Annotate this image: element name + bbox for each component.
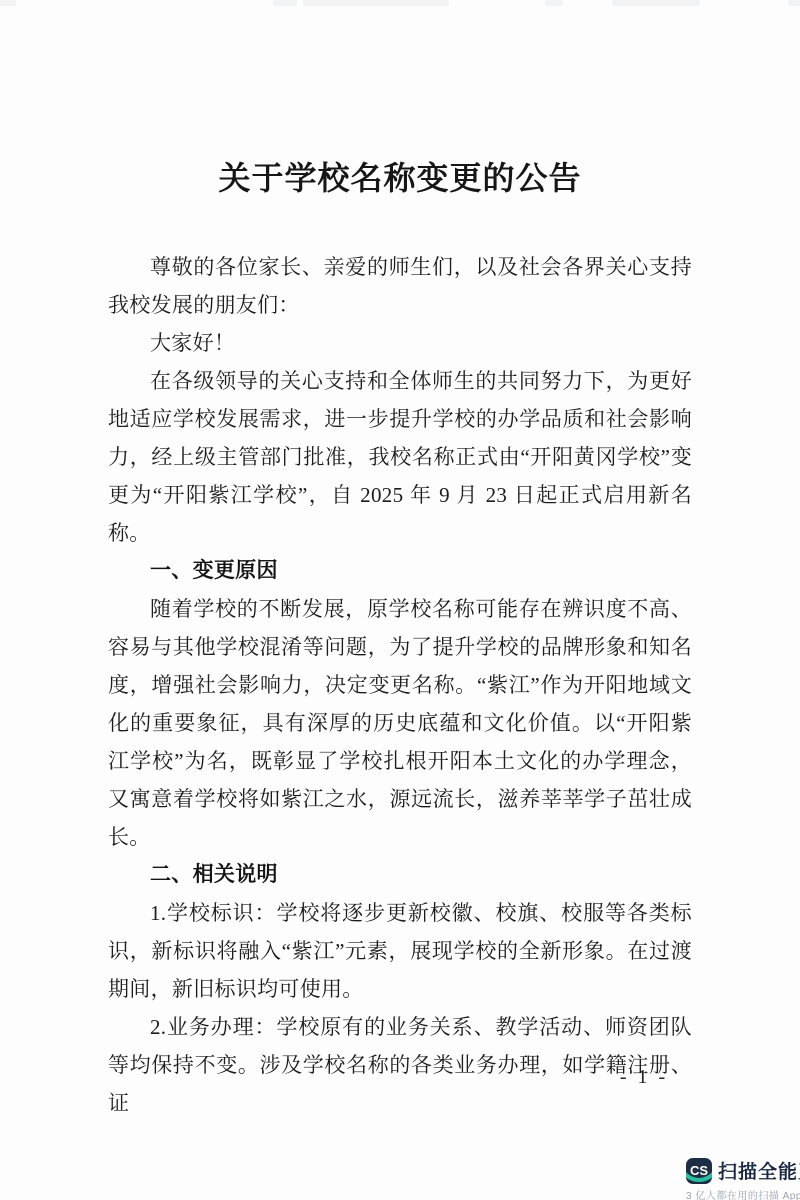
logo-cs-letters: CS — [686, 1159, 712, 1183]
scan-artifact — [788, 0, 800, 6]
scanned-document: 关于学校名称变更的公告 尊敬的各位家长、亲爱的师生们，以及社会各界关心支持我校发… — [108, 156, 692, 1122]
scan-artifact — [303, 0, 449, 6]
document-body: 尊敬的各位家长、亲爱的师生们，以及社会各界关心支持我校发展的朋友们： 大家好！ … — [108, 248, 692, 1122]
scan-artifact — [0, 0, 16, 6]
paragraph-note-identity: 1.学校标识：学校将逐步更新校徽、校旗、校服等各类标识，新标识将融入“紫江”元素… — [108, 894, 692, 1008]
camscanner-logo-icon: CS — [686, 1158, 712, 1184]
camscanner-app-name: 扫描全能王TM — [718, 1157, 800, 1184]
paragraph-salutation: 尊敬的各位家长、亲爱的师生们，以及社会各界关心支持我校发展的朋友们： — [108, 248, 692, 324]
camscanner-tagline: 3 亿人都在用的扫描 App — [686, 1187, 798, 1200]
paragraph-note-business: 2.业务办理：学校原有的业务关系、教学活动、师资团队等均保持不变。涉及学校名称的… — [108, 1008, 692, 1122]
paragraph-greeting: 大家好！ — [108, 324, 692, 362]
camscanner-watermark: CS 扫描全能王TM 3 亿人都在用的扫描 App — [686, 1157, 798, 1200]
scan-artifact — [612, 0, 700, 6]
document-title: 关于学校名称变更的公告 — [108, 156, 692, 200]
page-number: - 1 - — [604, 1066, 684, 1089]
scan-artifact — [273, 0, 297, 6]
scan-artifact — [545, 0, 563, 6]
paragraph-reason: 随着学校的不断发展，原学校名称可能存在辨识度不高、容易与其他学校混淆等问题，为了… — [108, 590, 692, 856]
app-name-text: 扫描全能王 — [718, 1162, 800, 1183]
section-heading-notes: 二、相关说明 — [108, 856, 692, 894]
paragraph-intro: 在各级领导的关心支持和全体师生的共同努力下，为更好地适应学校发展需求，进一步提升… — [108, 362, 692, 552]
section-heading-reason: 一、变更原因 — [108, 552, 692, 590]
